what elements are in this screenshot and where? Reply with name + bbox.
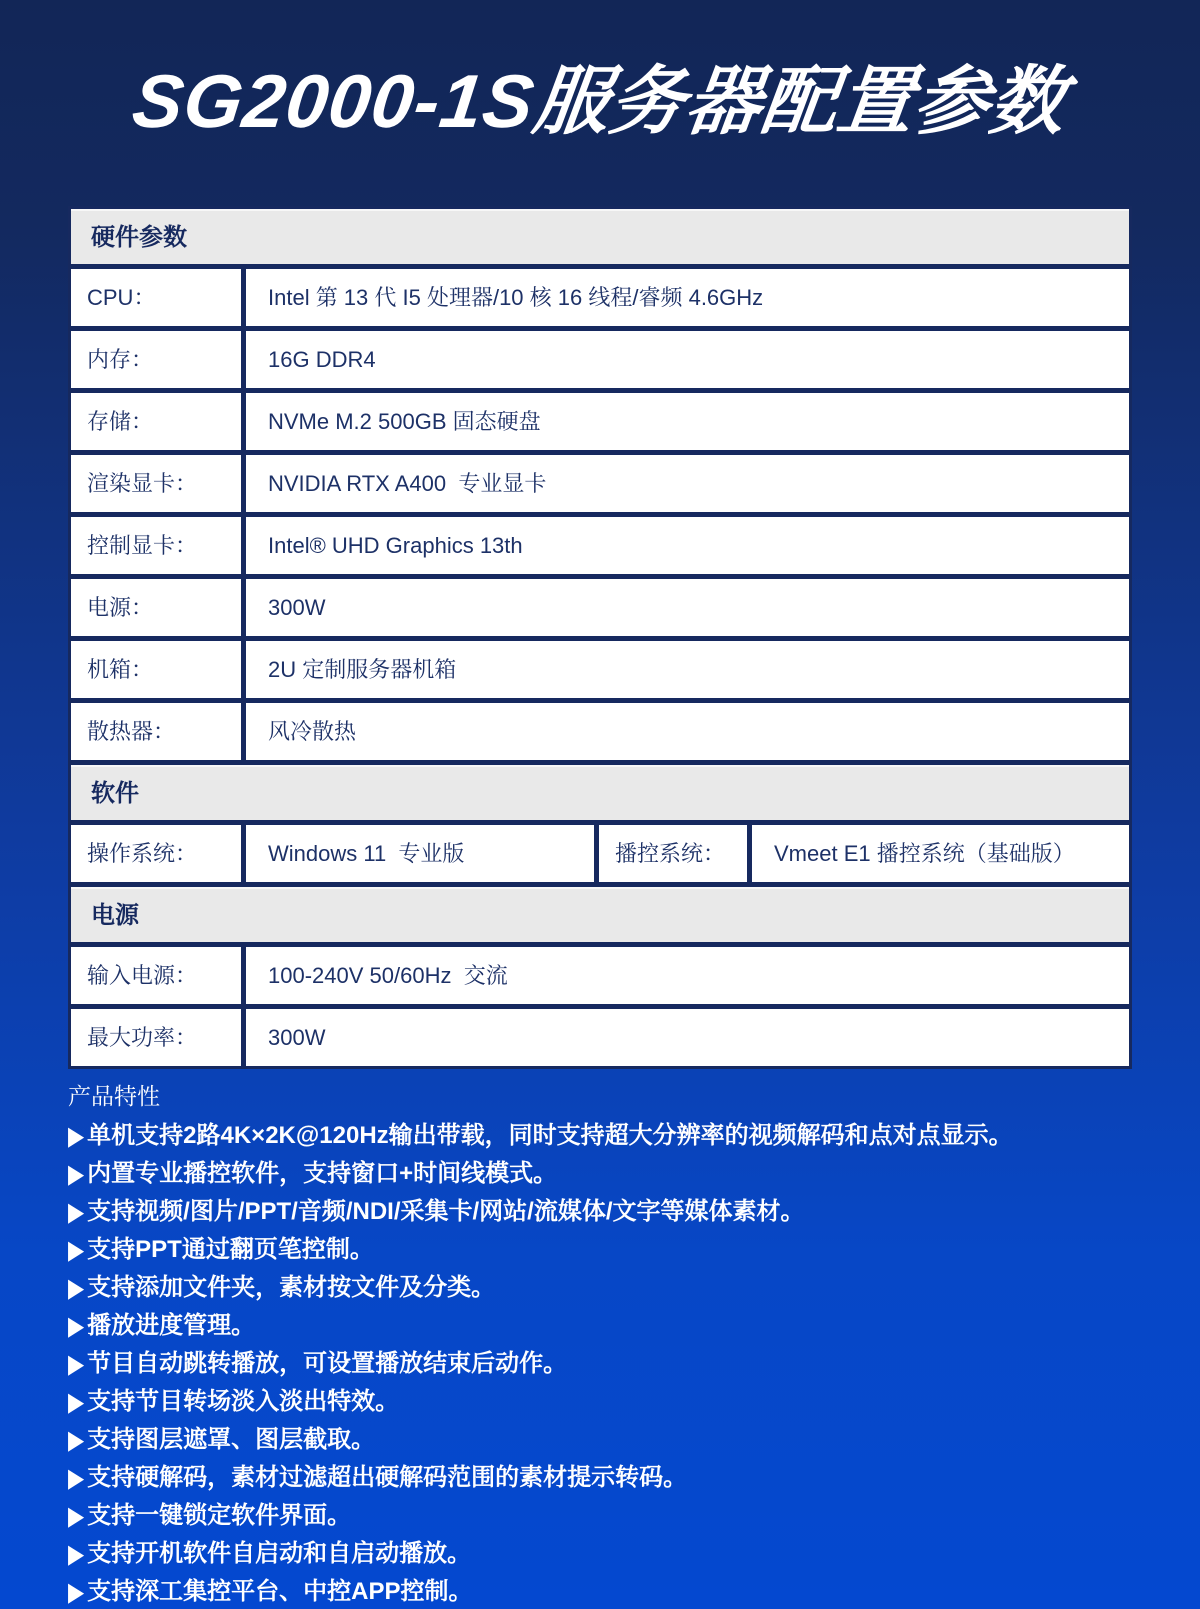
list-item: ▶ 支持开机软件自启动和自启动播放。 xyxy=(68,1535,1132,1573)
table-row: 存储： NVMe M.2 500GB 固态硬盘 xyxy=(71,393,1129,450)
spec-label: 电源： xyxy=(71,579,241,636)
feature-text: 支持图层遮罩、图层截取。 xyxy=(87,1421,375,1458)
table-row-software: 操作系统： Windows 11 专业版 播控系统： Vmeet E1 播控系统… xyxy=(71,825,1129,882)
spec-label: 输入电源： xyxy=(71,947,241,1004)
list-item: ▶ 支持图层遮罩、图层截取。 xyxy=(68,1421,1132,1459)
list-item: ▶ 节目自动跳转播放，可设置播放结束后动作。 xyxy=(68,1345,1132,1383)
list-item: ▶ 单机支持2路4K×2K@120Hz输出带载，同时支持超大分辨率的视频解码和点… xyxy=(68,1117,1132,1155)
page-title: SG2000-1S服务器配置参数 xyxy=(127,42,1073,149)
section-header-software: 软件 xyxy=(71,765,1129,820)
spec-value: 风冷散热 xyxy=(246,703,1129,760)
spec-label: 存储： xyxy=(71,393,241,450)
list-item: ▶ 支持添加文件夹，素材按文件及分类。 xyxy=(68,1269,1132,1307)
spec-label: 机箱： xyxy=(71,641,241,698)
spec-value: NVIDIA RTX A400 专业显卡 xyxy=(246,455,1129,512)
features-section: 产品特性 ▶ 单机支持2路4K×2K@120Hz输出带载，同时支持超大分辨率的视… xyxy=(68,1081,1132,1609)
list-item: ▶ 支持节目转场淡入淡出特效。 xyxy=(68,1383,1132,1421)
section-header-hardware: 硬件参数 xyxy=(71,209,1129,264)
table-row: 控制显卡： Intel® UHD Graphics 13th xyxy=(71,517,1129,574)
list-item: ▶ 支持深工集控平台、中控APP控制。 xyxy=(68,1573,1132,1609)
bullet-triangle-icon: ▶ xyxy=(68,1569,84,1609)
table-row: 渲染显卡： NVIDIA RTX A400 专业显卡 xyxy=(71,455,1129,512)
spec-label: 操作系统： xyxy=(71,825,241,882)
feature-text: 支持视频/图片/PPT/音频/NDI/采集卡/网站/流媒体/文字等媒体素材。 xyxy=(87,1193,804,1230)
feature-text: 支持硬解码，素材过滤超出硬解码范围的素材提示转码。 xyxy=(87,1459,687,1496)
feature-text: 支持开机软件自启动和自启动播放。 xyxy=(87,1535,471,1572)
spec-value: NVMe M.2 500GB 固态硬盘 xyxy=(246,393,1129,450)
page-header: SG2000-1S服务器配置参数 xyxy=(0,0,1200,150)
table-row: 电源： 300W xyxy=(71,579,1129,636)
list-item: ▶ 支持PPT通过翻页笔控制。 xyxy=(68,1231,1132,1269)
feature-text: 内置专业播控软件，支持窗口+时间线模式。 xyxy=(87,1155,557,1192)
spec-value: Intel 第 13 代 I5 处理器/10 核 16 线程/睿频 4.6GHz xyxy=(246,269,1129,326)
spec-label: 渲染显卡： xyxy=(71,455,241,512)
spec-value: 300W xyxy=(246,1009,1129,1066)
spec-value: Intel® UHD Graphics 13th xyxy=(246,517,1129,574)
spec-label: 最大功率： xyxy=(71,1009,241,1066)
spec-value: 300W xyxy=(246,579,1129,636)
list-item: ▶ 支持硬解码，素材过滤超出硬解码范围的素材提示转码。 xyxy=(68,1459,1132,1497)
table-row: 输入电源： 100-240V 50/60Hz 交流 xyxy=(71,947,1129,1004)
spec-value: 16G DDR4 xyxy=(246,331,1129,388)
feature-text: 支持深工集控平台、中控APP控制。 xyxy=(87,1573,472,1609)
feature-text: 节目自动跳转播放，可设置播放结束后动作。 xyxy=(87,1345,567,1382)
spec-label: 播控系统： xyxy=(599,825,747,882)
list-item: ▶ 支持视频/图片/PPT/音频/NDI/采集卡/网站/流媒体/文字等媒体素材。 xyxy=(68,1193,1132,1231)
feature-text: 播放进度管理。 xyxy=(87,1307,255,1344)
spec-value: Vmeet E1 播控系统（基础版） xyxy=(752,825,1129,882)
features-title: 产品特性 xyxy=(68,1081,1132,1111)
table-row: CPU： Intel 第 13 代 I5 处理器/10 核 16 线程/睿频 4… xyxy=(71,269,1129,326)
spec-value: Windows 11 专业版 xyxy=(246,825,594,882)
spec-label: 控制显卡： xyxy=(71,517,241,574)
feature-text: 支持一键锁定软件界面。 xyxy=(87,1497,351,1534)
spec-label: 内存： xyxy=(71,331,241,388)
list-item: ▶ 播放进度管理。 xyxy=(68,1307,1132,1345)
table-row: 机箱： 2U 定制服务器机箱 xyxy=(71,641,1129,698)
feature-text: 支持添加文件夹，素材按文件及分类。 xyxy=(87,1269,495,1306)
table-row: 内存： 16G DDR4 xyxy=(71,331,1129,388)
list-item: ▶ 内置专业播控软件，支持窗口+时间线模式。 xyxy=(68,1155,1132,1193)
spec-value: 100-240V 50/60Hz 交流 xyxy=(246,947,1129,1004)
spec-value: 2U 定制服务器机箱 xyxy=(246,641,1129,698)
feature-text: 支持节目转场淡入淡出特效。 xyxy=(87,1383,399,1420)
spec-label: CPU： xyxy=(71,269,241,326)
feature-text: 支持PPT通过翻页笔控制。 xyxy=(87,1231,374,1268)
list-item: ▶ 支持一键锁定软件界面。 xyxy=(68,1497,1132,1535)
spec-table: 硬件参数 CPU： Intel 第 13 代 I5 处理器/10 核 16 线程… xyxy=(68,206,1132,1069)
section-header-power: 电源 xyxy=(71,887,1129,942)
feature-text: 单机支持2路4K×2K@120Hz输出带载，同时支持超大分辨率的视频解码和点对点… xyxy=(87,1117,1013,1154)
table-row: 散热器： 风冷散热 xyxy=(71,703,1129,760)
table-row: 最大功率： 300W xyxy=(71,1009,1129,1066)
spec-label: 散热器： xyxy=(71,703,241,760)
